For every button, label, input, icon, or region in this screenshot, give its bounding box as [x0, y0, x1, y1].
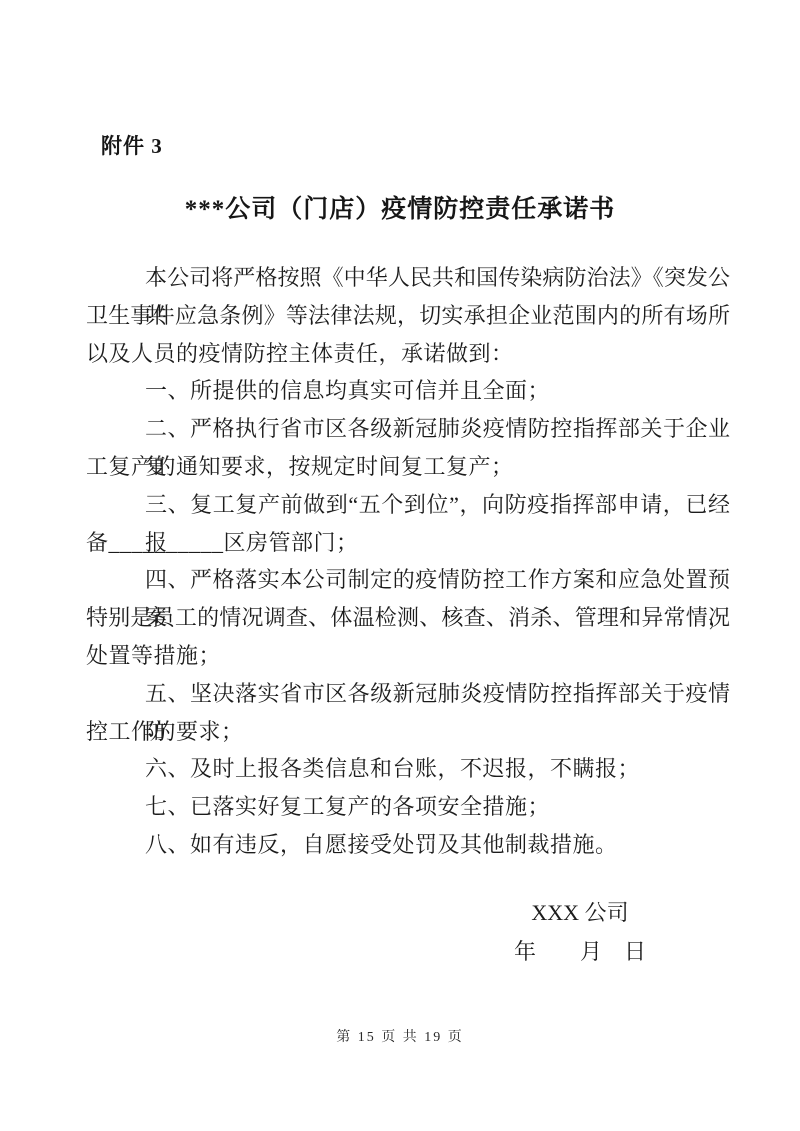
- body-line: 五、坚决落实省市区各级新冠肺炎疫情防控指挥部关于疫情防: [86, 675, 730, 713]
- attachment-label: 附件 3: [101, 131, 163, 161]
- body-line: 四、严格落实本公司制定的疫情防控工作方案和应急处置预案，: [86, 561, 730, 599]
- body-line: 六、及时上报各类信息和台账，不迟报，不瞒报；: [86, 750, 730, 788]
- page-footer: 第 15 页 共 19 页: [0, 1026, 800, 1046]
- document-body: 本公司将严格按照《中华人民共和国传染病防治法》《突发公共卫生事件应急条例》等法律…: [86, 259, 730, 864]
- body-line: 处置等措施；: [86, 637, 730, 675]
- signature-date: 年 月 日: [450, 932, 710, 971]
- body-line: 本公司将严格按照《中华人民共和国传染病防治法》《突发公共: [86, 259, 730, 297]
- body-line: 一、所提供的信息均真实可信并且全面；: [86, 372, 730, 410]
- document-page: 附件 3 ***公司（门店）疫情防控责任承诺书 本公司将严格按照《中华人民共和国…: [0, 0, 800, 1131]
- body-line: 控工作的要求；: [86, 713, 730, 751]
- signature-block: XXX 公司 年 月 日: [450, 893, 710, 971]
- body-line: 七、已落实好复工复产的各项安全措施；: [86, 788, 730, 826]
- body-line: 二、严格执行省市区各级新冠肺炎疫情防控指挥部关于企业复: [86, 410, 730, 448]
- signature-company: XXX 公司: [450, 893, 710, 932]
- body-line: 以及人员的疫情防控主体责任，承诺做到：: [86, 335, 730, 373]
- body-line: 特别是员工的情况调查、体温检测、核查、消杀、管理和异常情况: [86, 599, 730, 637]
- document-title: ***公司（门店）疫情防控责任承诺书: [0, 192, 800, 228]
- body-line: 工复产的通知要求，按规定时间复工复产；: [86, 448, 730, 486]
- body-line: 备__________区房管部门；: [86, 524, 730, 562]
- body-line: 卫生事件应急条例》等法律法规，切实承担企业范围内的所有场所: [86, 297, 730, 335]
- body-line: 三、复工复产前做到“五个到位”，向防疫指挥部申请，已经报: [86, 486, 730, 524]
- body-line: 八、如有违反，自愿接受处罚及其他制裁措施。: [86, 826, 730, 864]
